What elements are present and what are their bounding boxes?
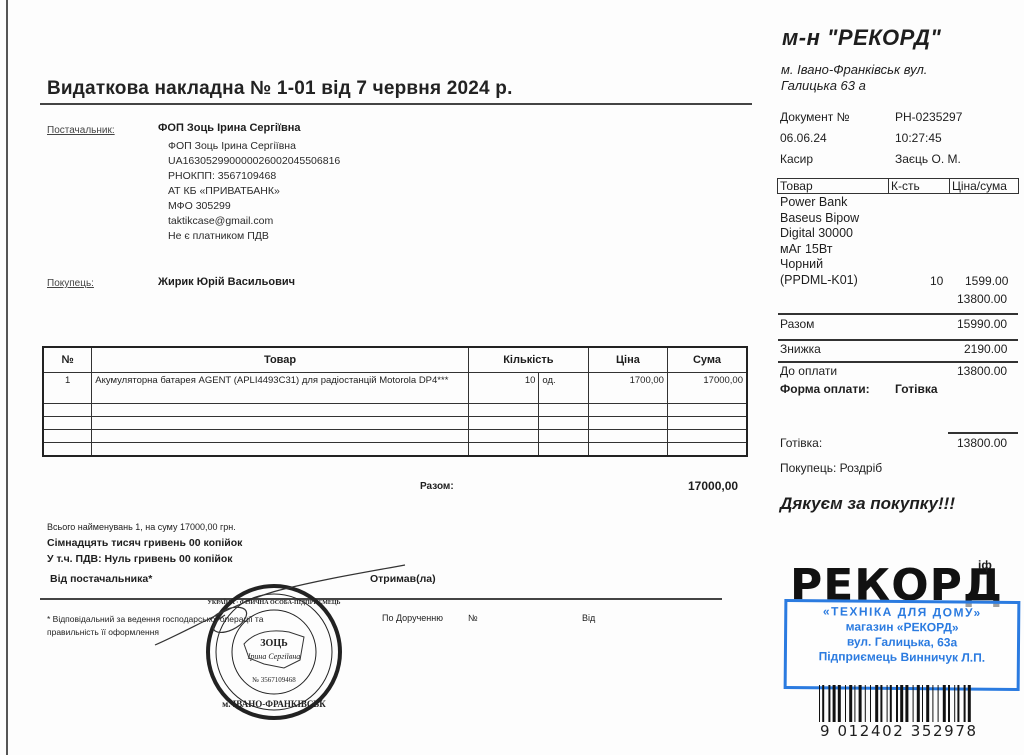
receipt-item-line: Чорний bbox=[780, 257, 859, 273]
invoice-title: Видаткова накладна № 1-01 від 7 червня 2… bbox=[47, 78, 513, 100]
subtotal-label: Разом bbox=[780, 317, 814, 331]
receipt-item-line: (PPDML-K01) bbox=[780, 273, 859, 289]
buyer-label: Покупець: bbox=[47, 278, 94, 289]
divider bbox=[948, 432, 1018, 434]
supplier-detail-line: taktikcase@gmail.com bbox=[168, 214, 340, 229]
cashier-value: Заєць О. М. bbox=[895, 152, 961, 166]
table-row-empty bbox=[43, 443, 747, 457]
supplier-detail-line: ФОП Зоць Ірина Сергіївна bbox=[168, 139, 340, 154]
table-row-empty bbox=[43, 404, 747, 417]
rc-col-price: Ціна/сума bbox=[949, 179, 1018, 194]
cashier-label: Касир bbox=[780, 152, 813, 166]
cell-price: 1700,00 bbox=[588, 373, 667, 404]
receipt-time: 10:27:45 bbox=[895, 131, 942, 145]
proxy-from-label: Від bbox=[582, 613, 595, 623]
supplier-details: ФОП Зоць Ірина СергіївнаUA16305299000002… bbox=[168, 139, 340, 244]
due-label: До оплати bbox=[780, 364, 837, 378]
col-sum: Сума bbox=[667, 347, 747, 373]
doc-value: РН-0235297 bbox=[895, 110, 962, 124]
address-line-1: м. Івано-Франківськ вул. bbox=[781, 62, 927, 78]
subtotal-value: 15990.00 bbox=[957, 317, 1007, 331]
payment-form-label: Форма оплати: bbox=[780, 382, 870, 396]
cash-label: Готівка: bbox=[780, 436, 822, 450]
discount-value: 2190.00 bbox=[964, 342, 1007, 356]
receipt-item-line: Power Bank bbox=[780, 195, 859, 211]
col-no: № bbox=[43, 347, 92, 373]
receipt-item-qty: 10 bbox=[930, 274, 943, 288]
address-line-2: Галицька 63 а bbox=[781, 78, 927, 94]
cell-sum: 17000,00 bbox=[667, 373, 747, 404]
rc-col-qty: К-сть bbox=[889, 179, 950, 194]
from-supplier-label: Від постачальника* bbox=[50, 573, 152, 585]
col-price: Ціна bbox=[588, 347, 667, 373]
receipt-item-name: Power BankBaseus BipowDigital 30000мАг 1… bbox=[780, 195, 859, 288]
total-label: Разом: bbox=[420, 481, 454, 492]
shop-stamp: «ТЕХНІКА ДЛЯ ДОМУ»магазин «РЕКОРД»вул. Г… bbox=[784, 599, 1021, 691]
divider bbox=[778, 313, 1018, 315]
receipt-item-line: Digital 30000 bbox=[780, 226, 859, 242]
barcode bbox=[815, 685, 1015, 725]
page-edge bbox=[6, 0, 8, 755]
stamp-center-sub: Ірина Сергіївна bbox=[247, 652, 301, 661]
shop-address: м. Івано-Франківськ вул. Галицька 63 а bbox=[781, 62, 927, 94]
supplier-detail-line: РНОКПП: 3567109468 bbox=[168, 169, 340, 184]
table-row: 1Акумуляторна батарея AGENT (APLI4493C31… bbox=[43, 373, 747, 404]
cell-no: 1 bbox=[43, 373, 92, 404]
receipt-item-price: 1599.00 bbox=[965, 274, 1008, 288]
total-value: 17000,00 bbox=[688, 479, 738, 493]
receipt-item-line: Baseus Bipow bbox=[780, 211, 859, 227]
divider bbox=[778, 361, 1018, 363]
supplier-detail-line: МФО 305299 bbox=[168, 199, 340, 214]
supplier-detail-line: АТ КБ «ПРИВАТБАНК» bbox=[168, 184, 340, 199]
table-row-empty bbox=[43, 430, 747, 443]
receipt-item-line: мАг 15Вт bbox=[780, 242, 859, 258]
due-value: 13800.00 bbox=[957, 364, 1007, 378]
record-logo-sup: іф bbox=[978, 558, 992, 572]
col-item: Товар bbox=[92, 347, 469, 373]
supplier-detail-line: Не є платником ПДВ bbox=[168, 229, 340, 244]
invoice-table: № Товар Кількість Ціна Сума 1Акумуляторн… bbox=[42, 346, 748, 457]
receipt-buyer: Покупець: Роздріб bbox=[780, 461, 882, 475]
doc-label: Документ № bbox=[780, 110, 849, 124]
summary-line: Всього найменувань 1, на суму 17000,00 г… bbox=[47, 522, 236, 532]
divider bbox=[778, 339, 1018, 341]
receipt-table-header: Товар К-сть Ціна/сума bbox=[777, 178, 1019, 194]
title-divider bbox=[40, 103, 752, 105]
discount-label: Знижка bbox=[780, 342, 821, 356]
receipt-item-sum: 13800.00 bbox=[957, 292, 1007, 306]
payment-form-value: Готівка bbox=[895, 382, 938, 396]
barcode-number: 9 012402 352978 bbox=[818, 722, 980, 740]
cell-unit: од. bbox=[539, 373, 589, 404]
amount-words: Сімнадцять тисяч гривень 00 копійок bbox=[47, 537, 242, 549]
buyer-name: Жирик Юрій Васильович bbox=[158, 276, 295, 288]
proxy-number-label: № bbox=[468, 613, 478, 623]
supplier-detail-line: UA163052990000026002045506816 bbox=[168, 154, 340, 169]
signature bbox=[150, 560, 410, 650]
stamp-city: м. ІВАНО-ФРАНКІВСЬК bbox=[222, 699, 326, 709]
cell-item: Акумуляторна батарея AGENT (APLI4493C31)… bbox=[92, 373, 469, 404]
table-row-empty bbox=[43, 417, 747, 430]
cell-qty: 10 bbox=[468, 373, 539, 404]
rc-col-item: Товар bbox=[778, 179, 889, 194]
supplier-name: ФОП Зоць Ірина Сергіївна bbox=[158, 122, 301, 134]
supplier-label: Постачальник: bbox=[47, 125, 115, 136]
receipt-date: 06.06.24 bbox=[780, 131, 827, 145]
shop-title: м-н "РЕКОРД" bbox=[782, 25, 941, 51]
col-qty: Кількість bbox=[468, 347, 588, 373]
thanks-message: Дякуєм за покупку!!! bbox=[780, 494, 955, 514]
cash-value: 13800.00 bbox=[957, 436, 1007, 450]
stamp-code: № 3567109468 bbox=[252, 676, 296, 684]
stamp-line: Підприємець Винничук Л.П. bbox=[787, 649, 1017, 666]
